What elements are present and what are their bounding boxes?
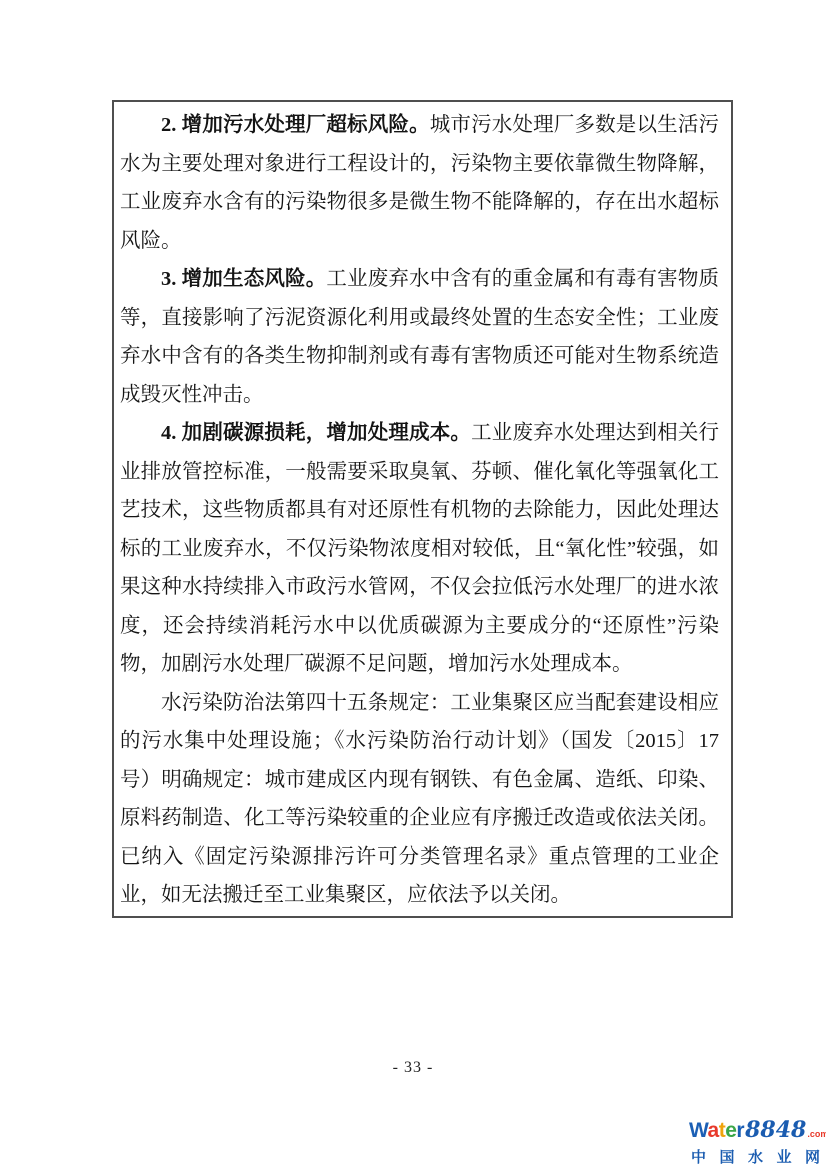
- logo-cn-char: 水: [748, 1146, 763, 1167]
- paragraph: 4. 加剧碳源损耗，增加处理成本。工业废弃水处理达到相关行业排放管控标准，一般需…: [120, 414, 719, 684]
- paragraph: 3. 增加生态风险。工业废弃水中含有的重金属和有毒有害物质等，直接影响了污泥资源…: [120, 260, 719, 414]
- paragraph: 水污染防治法第四十五条规定：工业集聚区应当配套建设相应的污水集中处理设施；《水污…: [120, 684, 719, 915]
- paragraph: 2. 增加污水处理厂超标风险。城市污水处理厂多数是以生活污水为主要处理对象进行工…: [120, 106, 719, 260]
- logo-letter: r: [736, 1119, 744, 1142]
- logo-cn-char: 国: [719, 1146, 734, 1167]
- logo-com-suffix: .com: [807, 1123, 826, 1145]
- logo-chinese-name: 中国水业网: [689, 1146, 822, 1167]
- text-frame: 2. 增加污水处理厂超标风险。城市污水处理厂多数是以生活污水为主要处理对象进行工…: [112, 100, 733, 918]
- logo-letter: a: [708, 1119, 719, 1142]
- page-number: - 33 -: [0, 1059, 826, 1077]
- logo-letter: e: [725, 1119, 736, 1142]
- logo-cn-char: 网: [805, 1146, 820, 1167]
- logo-8848-number: 8848: [745, 1119, 806, 1141]
- logo-letter: W: [689, 1119, 708, 1142]
- logo-water-word: Water: [689, 1120, 744, 1142]
- logo-cn-char: 中: [691, 1146, 706, 1167]
- logo-top-row: Water 8848 .com: [689, 1119, 822, 1145]
- logo-cn-char: 业: [776, 1146, 791, 1167]
- water8848-logo[interactable]: Water 8848 .com 中国水业网: [689, 1119, 822, 1167]
- document-page: 2. 增加污水处理厂超标风险。城市污水处理厂多数是以生活污水为主要处理对象进行工…: [0, 0, 826, 1169]
